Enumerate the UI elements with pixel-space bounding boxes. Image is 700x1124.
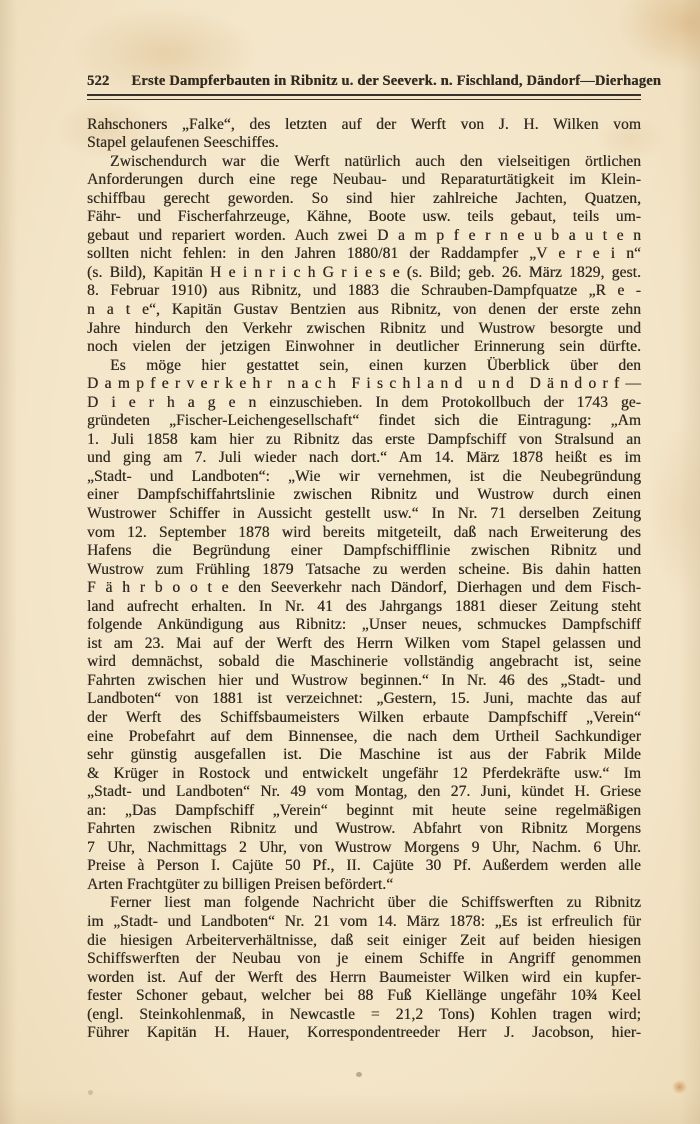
text-line: Schiffswerften der Neubau von je einem S…: [87, 950, 641, 969]
text-line: Hafens die Begründung einer Dampfschiffl…: [87, 542, 641, 561]
text-line: Es möge hier gestattet sein, einen kurze…: [87, 357, 641, 376]
text-line: sehr günstig ausgefallen ist. Die Maschi…: [87, 746, 641, 765]
text-line: Fähr- und Fischerfahrzeuge, Kähne, Boote…: [87, 208, 641, 227]
page-body: Rahschoners „Falke“, des letzten auf der…: [87, 116, 641, 1043]
text-line: Jahre hindurch den Verkehr zwischen Ribn…: [87, 320, 641, 339]
text-line: Preise à Person I. Cajüte 50 Pf., II. Ca…: [87, 857, 641, 876]
text-line: (s. Bild), Kapitän H e i n r i c h G r i…: [87, 264, 641, 283]
text-line: 7 Uhr, Nachmittags 2 Uhr, von Wustrow Mo…: [87, 839, 641, 858]
page-number: 522: [87, 73, 109, 89]
text-line: F ä h r b o o t e den Seeverkehr nach Dä…: [87, 579, 641, 598]
text-line: Wustrow zum Frühling 1879 Tatsache zu we…: [87, 561, 641, 580]
text-line: wird demnächst, sobald die Maschinerie v…: [87, 653, 641, 672]
text-block: 522 Erste Dampferbauten in Ribnitz u. de…: [87, 73, 641, 1043]
paper-speck: [356, 1072, 362, 1077]
running-title: Erste Dampferbauten in Ribnitz u. der Se…: [131, 73, 661, 89]
text-line: gebaut und repariert worden. Auch zwei D…: [87, 227, 641, 246]
text-line: Fahrten zwischen hier und Wustrow beginn…: [87, 672, 641, 691]
paper-stain: [648, 420, 700, 600]
text-line: n a t e“, Kapitän Gustav Bentzien aus Ri…: [87, 301, 641, 320]
text-line: der Werft des Schiffsbaumeisters Wilken …: [87, 709, 641, 728]
text-line: Landboten“ von 1881 ist verzeichnet: „Ge…: [87, 690, 641, 709]
text-line: „Stadt- und Landboten“ Nr. 49 vom Montag…: [87, 783, 641, 802]
paper-stain: [672, 1080, 687, 1094]
text-line: schiffbau gerecht geworden. So sind hier…: [87, 190, 641, 209]
text-line: Wustrower Schiffer in Aussicht gestellt …: [87, 505, 641, 524]
text-line: Zwischendurch war die Werft natürlich au…: [87, 153, 641, 172]
header-rule: [87, 94, 641, 100]
paper-speck: [88, 1090, 93, 1095]
text-line: land aufrecht erhalten. In Nr. 41 des Ja…: [87, 598, 641, 617]
text-line: gründeten „Fischer-Leichengesellschaft“ …: [87, 412, 641, 431]
text-line: 8. Februar 1910) aus Ribnitz, und 1883 d…: [87, 282, 641, 301]
text-line: Ferner liest man folgende Nachricht über…: [87, 894, 641, 913]
text-line: Führer Kapitän H. Hauer, Korrespondentre…: [87, 1024, 641, 1043]
text-line: Fahrten zwischen Ribnitz und Wustrow. Ab…: [87, 820, 641, 839]
text-line: Arten Frachtgüter zu billigen Preisen be…: [87, 876, 641, 895]
text-line: und ging am 7. Juli wieder nach dort.“ A…: [87, 449, 641, 468]
text-line: sollten nicht fehlen: in den Jahren 1880…: [87, 245, 641, 264]
paper-stain: [618, 0, 700, 72]
text-line: D a m p f e r v e r k e h r n a c h F i …: [87, 375, 641, 394]
text-line: im „Stadt- und Landboten“ Nr. 21 vom 14.…: [87, 913, 641, 932]
text-line: 1. Juli 1858 kam hier zu Ribnitz das ers…: [87, 431, 641, 450]
text-line: eine Probefahrt auf dem Binnensee, die n…: [87, 728, 641, 747]
text-line: noch vielen der jetzigen Einwohner in de…: [87, 338, 641, 357]
text-line: D i e r h a g e n einzuschieben. In dem …: [87, 394, 641, 413]
text-line: „Stadt- und Landboten“: „Wie wir vernehm…: [87, 468, 641, 487]
text-line: worden ist. Auf der Werft des Herrn Baum…: [87, 969, 641, 988]
text-line: ist am 23. Mai auf der Werft des Herrn W…: [87, 635, 641, 654]
book-page: 522 Erste Dampferbauten in Ribnitz u. de…: [0, 0, 700, 1124]
text-line: Anforderungen durch eine rege Neubau- un…: [87, 171, 641, 190]
text-line: fester Schoner gebaut, welcher bei 88 Fu…: [87, 987, 641, 1006]
text-line: Stapel gelaufenen Seeschiffes.: [87, 134, 641, 153]
text-line: folgende Ankündigung aus Ribnitz: „Unser…: [87, 616, 641, 635]
text-line: einer Dampfschiffahrtslinie zwischen Rib…: [87, 486, 641, 505]
text-line: an: „Das Dampfschiff „Verein“ beginnt mi…: [87, 802, 641, 821]
text-line: (engl. Steinkohlenmaß, in Newcastle = 21…: [87, 1006, 641, 1025]
running-header: 522 Erste Dampferbauten in Ribnitz u. de…: [87, 73, 641, 89]
text-line: & Krüger in Rostock und entwickelt ungef…: [87, 765, 641, 784]
text-line: die hiesigen Arbeiterverhältnisse, daß s…: [87, 932, 641, 951]
text-line: Rahschoners „Falke“, des letzten auf der…: [87, 116, 641, 135]
text-line: vom 12. September 1878 wird bereits mitg…: [87, 524, 641, 543]
